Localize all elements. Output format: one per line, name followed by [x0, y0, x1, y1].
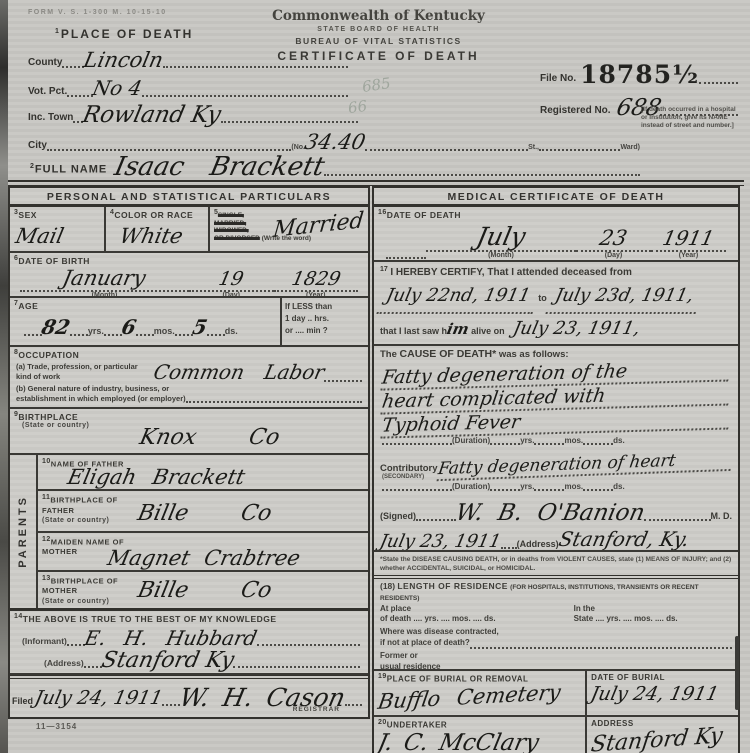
cause-post: was as follows:: [499, 349, 569, 360]
dotted-line: [470, 640, 732, 649]
duration-label: (Duration): [452, 436, 490, 445]
in-state-line2: State .... yrs. .... mos. .... ds.: [574, 614, 732, 625]
place-of-death-label: PLACE OF DEATH: [61, 27, 193, 41]
certify-paragraph: 17 I HEREBY CERTIFY, That I attended dec…: [374, 262, 738, 346]
undertaker-row: 20UNDERTAKER J. C. McClary ADDRESS Stanf…: [374, 717, 738, 753]
duration-mos-label: mos.: [564, 436, 583, 445]
informant-label: (Informant): [22, 636, 67, 646]
dotted-line: 23: [576, 226, 651, 252]
medical-certificate-column: MEDICAL CERTIFICATE OF DEATH 16DATE OF D…: [372, 186, 740, 753]
filed-row: Filed July 24, 1911 W. H. Cason REGISTRA…: [10, 675, 368, 717]
in-state-field: In the State .... yrs. .... mos. .... ds…: [574, 604, 732, 626]
attended-from-value: July 22nd, 1911: [377, 281, 540, 314]
dotted-line: [440, 664, 732, 671]
undertaker-label: 20UNDERTAKER: [378, 719, 581, 730]
county-label: County: [28, 57, 62, 68]
dotted-line: [382, 482, 452, 491]
father-birthplace-value: Bille Co: [135, 501, 274, 526]
birthplace-label-text: BIRTHPLACE: [18, 412, 78, 422]
father-birthplace-row: 11BIRTHPLACE OF FATHER(State or country)…: [38, 491, 368, 532]
duration-yrs-label: yrs.: [520, 482, 534, 491]
registrar-signature: W. H. Cason: [177, 683, 348, 712]
file-no-value: 18785½: [580, 60, 699, 89]
occupation-a-label: (a) Trade, profession, or particular kin…: [16, 362, 154, 382]
dob-values: January (Month) 19 (Day) 1829 (Year): [10, 266, 368, 298]
dod-month-sublabel: (Month): [426, 252, 576, 259]
less-than-line: 1 day .. hrs.: [285, 313, 365, 325]
dotted-line: 1829: [274, 268, 359, 292]
full-name-label: 2FULL NAME: [30, 163, 107, 176]
duration-yrs-label: yrs.: [520, 436, 534, 445]
race-value: White: [117, 224, 185, 248]
voting-precinct-line: Vot. Pct. No 4: [28, 76, 348, 97]
physician-signature: W. B. O'Banion: [453, 500, 647, 526]
sex-value: Mail: [13, 224, 66, 248]
sex-cell: 3SEX Mail: [10, 207, 106, 251]
race-label-text: COLOR OR RACE: [114, 210, 193, 220]
dotted-line: [47, 135, 291, 151]
duration-label: (Duration): [452, 482, 490, 491]
signed-date-address-row: July 23, 1911 (Address) Stanford, Ky.: [374, 527, 738, 552]
full-name-label-text: FULL NAME: [35, 164, 107, 176]
less-than-line: If LESS than: [285, 301, 365, 313]
burial-row: 19PLACE OF BURIAL OR REMOVAL Bufflo Ceme…: [374, 671, 738, 717]
length-of-residence-block: (18) LENGTH OF RESIDENCE (FOR HOSPITALS,…: [374, 579, 738, 671]
attestation-label: 14THE ABOVE IS TRUE TO THE BEST OF MY KN…: [10, 611, 368, 624]
birthplace-value: Knox Co: [137, 425, 282, 450]
cause-footnote: *State the DISEASE CAUSING DEATH, or in …: [374, 552, 738, 579]
dotted-line: [583, 436, 613, 445]
duration-mos-label: mos.: [564, 482, 583, 491]
undertaker-name-value: J. C. McClary: [375, 730, 541, 753]
death-certificate-scan: FORM V. S. 1-300 M. 10-15-10 1PLACE OF D…: [0, 0, 750, 753]
dotted-line: [221, 107, 358, 123]
sex-label-text: SEX: [18, 210, 37, 220]
vot-pct-label: Vot. Pct.: [28, 86, 67, 97]
dob-year-value: 1829: [289, 268, 342, 290]
at-place-field: At place of death .... yrs. .... mos. ..…: [380, 604, 574, 626]
mother-birthplace-label-text: BIRTHPLACE OF MOTHER: [42, 576, 118, 595]
dotted-line: January: [20, 266, 189, 292]
father-birthplace-label: 11BIRTHPLACE OF FATHER(State or country): [38, 491, 142, 525]
father-name-value: Eligah Brackett: [65, 465, 247, 489]
age-values-line: 82 yrs. 6 mos. 5 ds.: [10, 311, 280, 336]
contracted-line2: if not at place of death?: [380, 638, 470, 649]
dotted-line: [136, 326, 154, 336]
cause-of-death-block: The CAUSE OF DEATH* was as follows: Fatt…: [374, 346, 738, 454]
mother-name-value: Magnet Crabtree: [105, 546, 302, 570]
race-label: 4COLOR OR RACE: [106, 207, 208, 220]
dod-day-field: 23 (Day): [576, 226, 651, 259]
at-place-line2: of death .... yrs. .... mos. .... ds.: [380, 614, 574, 625]
residence-label: LENGTH OF RESIDENCE: [397, 581, 508, 591]
city-no-value: 34.40: [302, 130, 367, 154]
file-no-label: File No.: [540, 73, 576, 84]
dotted-line: July: [426, 222, 576, 252]
at-place-line1: At place: [380, 604, 574, 615]
dotted-line: [67, 81, 93, 97]
father-birthplace-sublabel: (State or country): [42, 517, 109, 524]
contributory-line: Contributory Fatty degeneration of heart: [374, 454, 738, 474]
sex-race-marital-row: 3SEX Mail 4COLOR OR RACE White 5SINGLE, …: [10, 207, 368, 253]
pencil-annotation: 685: [361, 74, 392, 96]
attestation-row: 14THE ABOVE IS TRUE TO THE BEST OF MY KN…: [10, 611, 368, 675]
dotted-line: [104, 326, 122, 336]
inc-town-line: Inc. Town Rowland Ky: [28, 102, 358, 123]
mother-birthplace-row: 13BIRTHPLACE OF MOTHER(State or country)…: [38, 572, 368, 608]
personal-particulars-column: PERSONAL AND STATISTICAL PARTICULARS 3SE…: [8, 186, 370, 719]
age-months-label: mos.: [154, 326, 175, 336]
dob-month-value: January: [61, 266, 149, 290]
vot-pct-value: No 4: [91, 76, 145, 100]
occupation-b-line: (b) General nature of industry, business…: [10, 382, 368, 404]
former-residence-field: Former or usual residence: [380, 651, 732, 671]
signed-address-label: (Address): [517, 539, 559, 549]
age-row: 7AGE 82 yrs. 6 mos. 5 ds.: [10, 298, 368, 347]
less-than-line: or .... min ?: [285, 325, 365, 337]
certificate-header: FORM V. S. 1-300 M. 10-15-10 1PLACE OF D…: [0, 0, 750, 180]
last-saw-pre: that I last saw h: [380, 326, 447, 336]
dotted-line: [84, 652, 102, 668]
date-of-burial-value: July 24, 1911: [589, 683, 721, 705]
marital-option: OR DIVORCED: [214, 235, 260, 242]
cause-pre: The: [380, 349, 397, 360]
age-years-value: 82: [39, 315, 72, 339]
hospital-instruction-note: [If death occurred in a hospital or inst…: [641, 106, 743, 130]
full-name-line: 2FULL NAME Isaac Brackett: [30, 152, 640, 176]
dob-day-value: 19: [217, 268, 246, 290]
dod-label: 16DATE OF DEATH: [374, 207, 738, 220]
dod-year-sublabel: (Year): [651, 252, 726, 259]
dotted-line: [534, 482, 564, 491]
dotted-line: [490, 482, 520, 491]
dotted-line: [257, 630, 360, 646]
dotted-line: [324, 160, 640, 176]
dotted-line: [233, 652, 360, 668]
undertaker-address-cell: ADDRESS Stanford Ky: [585, 717, 738, 753]
less-than-day-box: If LESS than 1 day .. hrs. or .... min ?: [280, 298, 368, 345]
medical-section-title: MEDICAL CERTIFICATE OF DEATH: [374, 188, 738, 207]
signed-date-value: July 23, 1911: [378, 531, 503, 552]
field-number: 10: [42, 458, 51, 465]
last-saw-fill: im: [444, 317, 471, 343]
attended-to-value: July 23d, 1911,: [546, 281, 703, 314]
informant-value: E. H. Hubbard: [82, 626, 259, 650]
field-number: (18): [380, 581, 395, 591]
undertaker-address-value: Stanford Ky: [589, 723, 724, 753]
signed-label: (Signed): [380, 511, 416, 521]
former-line1: Former or: [380, 651, 732, 662]
informant-address-value: Stanford Ky: [99, 648, 236, 673]
field-number: 16: [378, 209, 387, 216]
filed-line: Filed July 24, 1911 W. H. Cason: [10, 679, 368, 706]
city-line: City (No. 34.40 St., Ward): [28, 130, 640, 151]
parents-vertical-label: PARENTS: [10, 455, 38, 608]
occupation-a-value: Common Labor: [151, 360, 326, 384]
md-label: M. D.: [711, 511, 733, 521]
age-days-label: ds.: [225, 326, 238, 336]
dotted-line: [534, 436, 564, 445]
alive-on-label: alive on: [471, 326, 505, 336]
dotted-line: [644, 505, 710, 521]
date-of-burial-label: DATE OF BURIAL: [591, 673, 734, 682]
date-of-burial-cell: DATE OF BURIAL July 24, 1911: [585, 671, 738, 715]
city-label: City: [28, 140, 47, 151]
dotted-line: [345, 690, 362, 706]
mother-name-row: 12MAIDEN NAME OF MOTHER Magnet Crabtree: [38, 533, 368, 572]
dod-month-field: July (Month): [426, 222, 576, 259]
signed-line: (Signed) W. B. O'Banion M. D.: [374, 500, 738, 521]
field-number: 19: [378, 673, 387, 680]
marital-option: MARRIED,: [214, 220, 246, 227]
place-of-burial-cell: 19PLACE OF BURIAL OR REMOVAL Bufflo Ceme…: [374, 671, 585, 715]
contributory-label: Contributory: [380, 463, 438, 474]
sex-label: 3SEX: [10, 207, 104, 220]
parents-rows: 10NAME OF FATHER Eligah Brackett 11BIRTH…: [38, 455, 368, 608]
dod-label-text: DATE OF DEATH: [387, 210, 461, 220]
last-saw-date-value: July 23, 1911,: [504, 314, 649, 346]
occupation-row: 8OCCUPATION (a) Trade, profession, or pa…: [10, 347, 368, 409]
dod-month-value: July: [474, 222, 528, 251]
contracted-line1: Where was disease contracted,: [380, 627, 732, 638]
dotted-line: [416, 505, 456, 521]
signed-address-value: Stanford, Ky.: [556, 527, 735, 552]
contributory-duration-line: (Duration) yrs. mos. ds.: [374, 480, 738, 493]
dotted-line: [539, 135, 620, 151]
dotted-line: 1911: [651, 226, 726, 252]
inc-town-label: Inc. Town: [28, 112, 73, 123]
contributory-block: Contributory Fatty degeneration of heart…: [374, 454, 738, 500]
field-number: 12: [42, 536, 51, 543]
occupation-label-text: OCCUPATION: [18, 350, 79, 360]
dotted-line: [386, 243, 426, 259]
age-cell: 7AGE 82 yrs. 6 mos. 5 ds.: [10, 298, 280, 345]
dotted-line: [583, 482, 613, 491]
informant-line: (Informant) E. H. Hubbard: [10, 624, 368, 646]
state-board-subtitle: STATE BOARD OF HEALTH: [266, 26, 491, 33]
marital-cell: 5SINGLE, MARRIED, WIDOWED, OR DIVORCED (…: [210, 207, 368, 251]
certify-lead: I HEREBY CERTIFY, That I attended deceas…: [390, 267, 632, 278]
dotted-line: [186, 388, 362, 404]
date-of-birth-row: 6DATE OF BIRTH January (Month) 19 (Day) …: [10, 253, 368, 298]
in-state-line1: In the: [574, 604, 732, 615]
dotted-line: [67, 630, 85, 646]
mother-birthplace-value: Bille Co: [135, 578, 274, 603]
commonwealth-title: Commonwealth of Kentucky: [266, 8, 491, 24]
dob-label-text: DATE OF BIRTH: [18, 256, 90, 266]
certificate-body: PERSONAL AND STATISTICAL PARTICULARS 3SE…: [0, 186, 750, 753]
dod-year-value: 1911: [660, 226, 716, 250]
filed-label: Filed: [12, 696, 33, 706]
occupation-label: 8OCCUPATION: [10, 347, 368, 360]
age-label-text: AGE: [18, 301, 38, 311]
marital-option: SINGLE,: [218, 212, 244, 219]
dotted-line: [490, 436, 520, 445]
place-of-burial-value: Bufflo Cemetery: [376, 680, 562, 714]
bureau-subtitle: BUREAU OF VITAL STATISTICS: [266, 36, 491, 46]
dotted-line: 19: [189, 268, 274, 292]
certificate-title: CERTIFICATE OF DEATH: [266, 49, 491, 63]
age-years-label: yrs.: [88, 326, 104, 336]
former-line2: usual residence: [380, 662, 440, 671]
duration-ds-label: ds.: [613, 436, 625, 445]
age-label: 7AGE: [10, 298, 280, 311]
duration-ds-label: ds.: [613, 482, 625, 491]
city-st-label: St.,: [528, 144, 539, 151]
dob-year-field: 1829 (Year): [274, 268, 359, 298]
dob-label: 6DATE OF BIRTH: [10, 253, 368, 266]
file-no-line: File No. 18785½: [540, 60, 738, 84]
dod-day-sublabel: (Day): [576, 252, 651, 259]
dotted-line: [62, 52, 84, 68]
dotted-line: [70, 326, 88, 336]
to-label: to: [538, 293, 547, 303]
signed-date-line: July 23, 1911 (Address) Stanford, Ky.: [374, 527, 738, 549]
undertaker-cell: 20UNDERTAKER J. C. McClary: [374, 717, 585, 753]
date-of-death-row: 16DATE OF DEATH July (Month) 23 (Day) 19…: [374, 207, 738, 262]
full-name-value: Isaac Brackett: [112, 152, 327, 182]
undertaker-label-text: UNDERTAKER: [387, 721, 447, 730]
dod-values: July (Month) 23 (Day) 1911 (Year): [374, 220, 738, 259]
dotted-line: [699, 68, 738, 84]
father-name-row: 10NAME OF FATHER Eligah Brackett: [38, 455, 368, 491]
residence-heading: (18) LENGTH OF RESIDENCE (FOR HOSPITALS,…: [380, 581, 732, 604]
dotted-line: [324, 366, 362, 382]
registered-no-label: Registered No.: [540, 105, 611, 116]
dotted-line: [207, 326, 225, 336]
place-of-death-heading: 1PLACE OF DEATH: [55, 27, 193, 41]
cause-bold-label: CAUSE OF DEATH*: [400, 348, 497, 360]
informant-address-label: (Address): [44, 658, 84, 668]
dod-day-value: 23: [598, 226, 630, 250]
parents-label-text: PARENTS: [17, 495, 29, 568]
informant-address-line: (Address) Stanford Ky: [10, 646, 368, 668]
parents-block: PARENTS 10NAME OF FATHER Eligah Brackett…: [10, 455, 368, 611]
inc-town-value: Rowland Ky: [81, 102, 224, 128]
signed-row: (Signed) W. B. O'Banion M. D.: [374, 500, 738, 527]
dotted-line: [501, 533, 517, 549]
dotted-line: [365, 135, 528, 151]
birthplace-row: 9BIRTHPLACE (State or country) Knox Co: [10, 409, 368, 455]
disease-contracted-field: Where was disease contracted, if not at …: [380, 627, 732, 649]
occupation-b-label: (b) General nature of industry, business…: [16, 384, 186, 404]
dod-year-field: 1911 (Year): [651, 226, 726, 259]
dob-day-field: 19 (Day): [189, 268, 274, 298]
residence-duration-lines: At place of death .... yrs. .... mos. ..…: [380, 604, 732, 626]
field-number: 17: [380, 266, 388, 273]
personal-section-title: PERSONAL AND STATISTICAL PARTICULARS: [10, 188, 368, 207]
dotted-line: [142, 81, 348, 97]
city-ward-label: Ward): [620, 144, 640, 151]
pencil-annotation: 66: [347, 97, 368, 117]
field-number: 14: [14, 613, 23, 620]
race-cell: 4COLOR OR RACE White: [106, 207, 210, 251]
mother-birthplace-sublabel: (State or country): [42, 598, 109, 605]
dotted-line: [175, 326, 193, 336]
county-value: Lincoln: [82, 48, 166, 72]
attestation-label-text: THE ABOVE IS TRUE TO THE BEST OF MY KNOW…: [23, 614, 277, 624]
occupation-a-line: (a) Trade, profession, or particular kin…: [10, 360, 368, 382]
marital-option: WIDOWED,: [214, 227, 249, 234]
dob-month-field: January (Month): [20, 266, 189, 298]
form-number: FORM V. S. 1-300 M. 10-15-10: [28, 9, 167, 16]
field-number: 20: [378, 719, 387, 726]
mother-birthplace-label: 13BIRTHPLACE OF MOTHER(State or country): [38, 572, 142, 606]
filed-date-value: July 24, 1911: [33, 687, 165, 709]
form-plate-number: 11—3154: [36, 722, 77, 731]
field-number: 13: [42, 575, 51, 582]
state-heading-block: Commonwealth of Kentucky STATE BOARD OF …: [266, 8, 491, 63]
father-birthplace-label-text: BIRTHPLACE OF FATHER: [42, 496, 118, 515]
